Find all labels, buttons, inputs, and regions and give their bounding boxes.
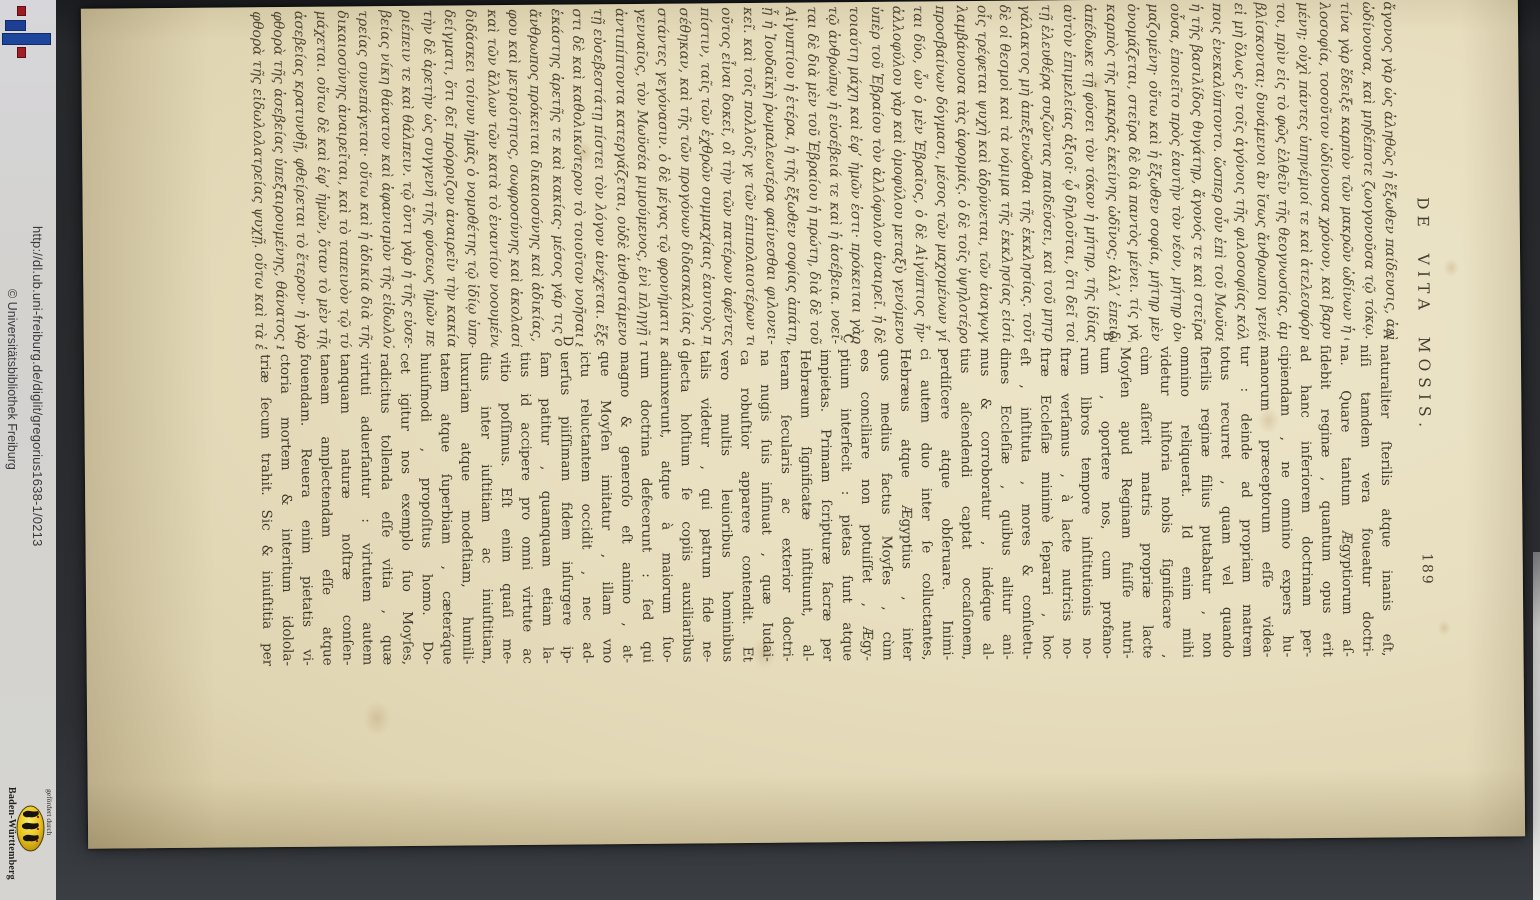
greek-text-line: σέθηκαν, καὶ τῆς τῶν προγόνων διδασκαλία… bbox=[672, 7, 696, 345]
latin-text-line: ca robuſtior apparere contendit. Et bbox=[735, 350, 758, 662]
registration-red-square-bottom bbox=[17, 47, 26, 58]
latin-text-line: vero multis leuioribus hominibus bbox=[715, 350, 738, 662]
book-page: DE VITA MOSIS. 189 ἄγονος γὰρ ὡς ἀληθῶς … bbox=[81, 0, 1525, 849]
greek-text-line: γάλακτος μὴ ἀπεξενῶσθαι τῆς ἐκκλησίας. τ… bbox=[1014, 4, 1038, 342]
greek-text-line: στάντες γεγόνασιν. ὁ δὲ μέγας τῷ φρονήμα… bbox=[651, 8, 675, 346]
greek-text-line: φου καὶ μετριότητος, σωφροσύνης καὶ ἀκολ… bbox=[501, 9, 525, 347]
greek-text-line: φθορὰ τῆς εἰδωλολατρείας ψυχῇ. οὕτω καὶ … bbox=[245, 11, 269, 349]
latin-text-line: dines Eccleſiæ , quibus alitur ani- bbox=[995, 348, 1018, 660]
greek-text-line: τὴν δὲ ἀρετὴν ὡς συγγενῆ τῆς φύσεως ἡμῶν… bbox=[416, 10, 440, 348]
greek-text-line: οῦτος εἶναι δοκεῖ, οἳ τὴν τῶν πατέρων ἀφ… bbox=[715, 7, 739, 345]
greek-text-line: αὐτὸν ἐπιμελείας ἀξιοῖ· ᾧ δηλοῦται, ὅτι … bbox=[1056, 4, 1080, 342]
greek-text-line: ἄνθρωπος πρόκειται δικαιοσύνης καὶ ἀδικί… bbox=[523, 9, 547, 347]
greek-text-line: προσβαίνων δόγμασι, μέσος τῶν μαχομένων … bbox=[928, 5, 952, 343]
latin-text-line: niſi tamdem vera foueatur doctri- bbox=[1355, 345, 1378, 657]
latin-text-column: naturaliter ſterilis atque inanis eſt,ni… bbox=[255, 344, 1398, 666]
greek-text-line: βλίσκονται; δυνάμενοι ἂν ἴσως ἄνθρωποι γ… bbox=[1248, 2, 1272, 340]
latin-text-line: ſam patitur , quamquam etiam la- bbox=[535, 352, 558, 664]
margin-letter-a: A bbox=[1380, 325, 1395, 342]
greek-text-line: ἀπέδωκε τῇ φύσει τὸν τόκον ἡ μήτηρ, τῆς … bbox=[1078, 4, 1102, 342]
latin-text-line: que Moyſen imitatur , illam vno bbox=[595, 351, 618, 663]
latin-text-line: eſt , inſtituta , mores & conſuetu- bbox=[1015, 347, 1038, 659]
greek-text-line: οἷς τρέφεται ψυχὴ καὶ ἁδρύνεται, τῶν ἀνα… bbox=[971, 5, 995, 343]
latin-text-line: magno & generoſo eſt animo , at- bbox=[615, 351, 638, 663]
latin-text-line: tum , oportere nos, cum profano- bbox=[1095, 347, 1118, 659]
greek-text-line: ἀσεβείας κρατυνθῇ, φθείρεται τὸ ἕτερον· … bbox=[288, 11, 312, 349]
greek-text-line: ὠδίνουσα, καὶ μηδέποτε ζωογονοῦσα τῷ τόκ… bbox=[1355, 1, 1379, 339]
greek-text-line: δικαιοσύνης ἀναιρεῖται, καὶ τὸ ταπεινὸν … bbox=[331, 10, 355, 348]
greek-text-line: ται δὲ διὰ μὲν τοῦ Ἑβραίου ἡ πρώτη, διὰ … bbox=[800, 6, 824, 344]
margin-letter-b: B bbox=[1100, 328, 1115, 345]
greek-text-line: ριέπειν τε καὶ θάλπειν. τῷ ὄντι γὰρ ἡ τῆ… bbox=[395, 10, 419, 348]
registration-blue-bar-short bbox=[5, 20, 26, 31]
latin-text-line: rum libros tempore inſtitutionis no- bbox=[1075, 347, 1098, 659]
funding-label: gefördert durch bbox=[44, 789, 54, 853]
latin-text-line: tur : deinde ad propriam matrem bbox=[1235, 346, 1258, 658]
latin-text-line: radicitus tollenda eſſe vitia , quæ bbox=[375, 353, 398, 665]
greek-text-line: λαμβάνουσα τὰς ἀφορμάς. ὁ δὲ τοῖς ὑψηλοτ… bbox=[950, 5, 974, 343]
greek-text-line: καὶ τῶν ἄλλων τῶν κατὰ τὸ ἐναντίον νοουμ… bbox=[480, 9, 504, 347]
greek-text-line: οὖσα, ἐποιεῖτο πρὸς ἑαυτὴν τὸν νέον, μήτ… bbox=[1163, 3, 1187, 341]
latin-text-line: na nugis ſuis inſinuat , quæ Iudai- bbox=[755, 350, 778, 662]
registration-red-square-top bbox=[17, 6, 26, 16]
latin-text-line: uerſus piiſſimam fidem inſurgere ip- bbox=[555, 351, 578, 663]
greek-text-line: τῇ εὐσεβεστάτῃ πίστει τὸν λόγον ἀνέχεται… bbox=[587, 8, 611, 346]
latin-text-line: dius inter iuſtitiam ac iniuſtitiam, bbox=[475, 352, 498, 664]
greek-text-line: ἑκάστης ἀρετῆς τε καὶ κακίας· μέσος γάρ … bbox=[544, 9, 568, 347]
greek-text-line: λοσοφία, τοσοῦτον ὠδίνουσα χρόνον, καὶ β… bbox=[1312, 2, 1336, 340]
greek-text-line: τῷ ἀνθρώπῳ ἡ εὐσέβειά τε καὶ ἡ ἀσέβεια. … bbox=[822, 6, 846, 344]
greek-text-line: μαζομένη· οὕτω καὶ ἡ ἔξωθεν σοφία, μήτηρ… bbox=[1142, 3, 1166, 341]
latin-text-line: na. Quare tantum Ægyptiorum aſ- bbox=[1335, 345, 1358, 657]
greek-text-line: ἡ τῆς βασιλίδος θυγάτηρ, ἄγονός τε καὶ σ… bbox=[1184, 3, 1208, 341]
greek-text-line: ὑπὲρ τοῦ Ἑβραίου τὸν ἀλλόφυλον ἀναιρεῖ. … bbox=[864, 6, 888, 344]
latin-text-line: adiunxerunt, atque à maiorum ſuo- bbox=[655, 351, 678, 663]
latin-text-line: impietas. Primam ſcripturæ ſacræ per bbox=[815, 349, 838, 661]
latin-text-line: tius id accipere pro omni virtute ac bbox=[515, 352, 538, 664]
greek-text-line: διδάσκει τοίνυν ἡμᾶς ὁ νομοθέτης τῷ ἰδίῳ… bbox=[459, 9, 483, 347]
latin-text-line: ci autem duo inter ſe colluctantes, bbox=[915, 348, 938, 660]
latin-text-line: manorum præceptorum eſſe videa- bbox=[1255, 345, 1278, 657]
latin-text-line: huiuſmodi , propoſitus homo. Do- bbox=[415, 353, 438, 665]
greek-text-line: ὀνομάζεται, στεῖρα δὲ διὰ παντὸς μένει. … bbox=[1120, 4, 1144, 342]
latin-text-line: virtuti aduerſantur : virtutem autem bbox=[355, 353, 378, 665]
foxing-spot bbox=[1435, 617, 1453, 639]
greek-text-line: μένη; οὐχὶ πάντες ὑπηνέμιοί τε καὶ ἀτελε… bbox=[1291, 2, 1315, 340]
greek-text-line: ᾗ ἡ Ἰουδαϊκὴ ῥωμαλεωτέρα φαίνεσθαι φιλον… bbox=[758, 7, 782, 345]
greek-text-line: ται δύο, ὧν ὁ μὲν Ἑβραῖος, ὁ δὲ Αἰγύπτιο… bbox=[907, 5, 931, 343]
greek-text-line: μάχεται. οὕτω δὲ καὶ ἐφ’ ἡμῶν, ὅταν τὸ μ… bbox=[309, 11, 333, 349]
latin-text-line: taneam amplectendam eſſe atque bbox=[315, 354, 338, 666]
latin-text-line: mus & corroboratur , indéque al- bbox=[975, 348, 998, 660]
latin-text-line: tatem atque ſuperbiam , cæteráque bbox=[435, 353, 458, 665]
greek-text-line: κεῖ. καὶ τοῖς πολλοῖς γε τῶν ἐπιπολαιοτέ… bbox=[736, 7, 760, 345]
latin-text-line: vitio poſſimus. Eſt enim quaſi me- bbox=[495, 352, 518, 664]
latin-text-line: rum doctrina defecerunt : ſed qui bbox=[635, 351, 658, 663]
scanner-bed-edge bbox=[1533, 552, 1540, 900]
latin-text-line: ſterilis reginæ filius putabatur , non bbox=[1195, 346, 1218, 658]
foxing-spot bbox=[1440, 255, 1462, 281]
greek-text-line: τοιαύτη μάχη καὶ ἐφ’ ἡμῶν ἐστι· πρόκειτα… bbox=[843, 6, 867, 344]
latin-text-line: talis videtur , qui patrum fide ne- bbox=[695, 350, 718, 662]
greek-text-line: ποις ἐνεκαλύπτοντο. ὥσπερ οὖν ἐπὶ τοῦ Μω… bbox=[1206, 3, 1230, 341]
greek-text-line: καρπὸς τῆς μακρᾶς ἐκείνης ὠδῖνος; ἀλλ’ ἐ… bbox=[1099, 4, 1123, 342]
latin-text-line: eos conciliare non potuiſſet , Ægy- bbox=[855, 349, 878, 661]
latin-text-line: luxuriam atque modeſtiam, humili- bbox=[455, 352, 478, 664]
latin-text-line: ad hanc inferiorem doctrinam per- bbox=[1295, 345, 1318, 657]
latin-text-line: totus recurret , quam vel quando bbox=[1215, 346, 1238, 658]
greek-text-line: βείας νίκη θάνατον καὶ ἀφανισμὸν τῆς εἰδ… bbox=[373, 10, 397, 348]
copyright-watermark: © Universitätsbibliothek Freiburg bbox=[3, 289, 19, 653]
latin-text-line: fouendam. Reuera enim pietatis vi- bbox=[295, 354, 318, 666]
greek-text-line: ἄγονος γὰρ ὡς ἀληθῶς ἡ ἔξωθεν παίδευσις,… bbox=[1377, 1, 1401, 339]
greek-text-line: ἀντιπίπτοντα κατεργάζεται, οὐδὲ ἀνθιστάμ… bbox=[608, 8, 632, 346]
greek-text-line: δὲ οἱ θεσμοὶ καὶ τὰ νόμιμα τῆς ἐκκλησίας… bbox=[992, 5, 1016, 343]
registration-blue-bar-long bbox=[2, 33, 51, 45]
latin-text-line: videtur hiſtoria nobis ſignificare , bbox=[1155, 346, 1178, 658]
latin-text-line: naturaliter ſterilis atque inanis eſt, bbox=[1375, 344, 1398, 656]
greek-text-line: γενναῖος, τὸν Μωϋσέα μιμούμενος, ἑνὶ πλη… bbox=[630, 8, 654, 346]
greek-text-line: δείγματι, ὅτι δεῖ πρόρριζον ἀναιρεῖν τὴν… bbox=[437, 9, 461, 347]
greek-text-line: στι δὲ καὶ καθολικώτερον τὸ τοιοῦτον νοῆ… bbox=[565, 8, 589, 346]
latin-text-line: ſtræ Eccleſiæ minimè ſeparari , hoc bbox=[1035, 347, 1058, 659]
foxing-spot bbox=[358, 694, 396, 742]
latin-text-line: quos medius factus Moyſes , cùm bbox=[875, 349, 898, 661]
greek-text-line: τῇ ἐλευθέρᾳ συζῶντας παιδεύσει, καὶ τοῦ … bbox=[1035, 4, 1059, 342]
page-number: 189 bbox=[1419, 553, 1435, 586]
latin-text-line: ctoria mortem & interitum idolola- bbox=[275, 354, 298, 666]
latin-text-line: cipiendam , ne omnino expers hu- bbox=[1275, 345, 1298, 657]
latin-text-line: Hebræum ſignificatæ inſtituunt, al- bbox=[795, 349, 818, 661]
greek-text-line: πίστιν, ταῖς τῶν ἐχθρῶν συμμαχίαις ἑαυτο… bbox=[694, 7, 718, 345]
source-url-watermark: http://dl.ub.uni-freiburg.de/diglit/greg… bbox=[27, 226, 45, 672]
latin-text-line: teram ſecularis ac exterior doctri- bbox=[775, 350, 798, 662]
latin-text-line: cet igitur nos exemplo ſuo Moyſes, bbox=[395, 353, 418, 665]
latin-text-line: cùm aſſerit matris propriæ lacte bbox=[1135, 346, 1158, 658]
page-title: DE VITA MOSIS. bbox=[1414, 197, 1434, 433]
greek-text-line: φθορὰ τῆς ἀσεβείας ὑπεξαιρουμένης, θάνατ… bbox=[267, 11, 291, 349]
greek-text-line: τοι, πρὶν εἰς τὸ φῶς ἐλθεῖν τῆς θεογνωσί… bbox=[1270, 2, 1294, 340]
greek-text-column: ἄγονος γὰρ ὡς ἀληθῶς ἡ ἔξωθεν παίδευσις,… bbox=[245, 1, 1400, 349]
latin-text-line: glecta hoſtium ſe copiis auxiliaribus bbox=[675, 350, 698, 662]
latin-text-line: Moyſen apud Reginam fuiſſe nutri- bbox=[1115, 347, 1138, 659]
latin-text-line: ptium interfecit : pietas ſunt atque bbox=[835, 349, 858, 661]
latin-text-line: Hebræus atque Ægyptius , inter bbox=[895, 349, 918, 661]
latin-text-line: tius aſcendendi captat occaſionem, bbox=[955, 348, 978, 660]
greek-text-line: τίνα γὰρ ἔδειξε καρπὸν τῶν μακρῶν ὠδίνων… bbox=[1334, 2, 1358, 340]
latin-text-line: perdiſcere atque obſeruare. Inimi- bbox=[935, 348, 958, 660]
margin-letter-d: D bbox=[560, 332, 575, 349]
greek-text-line: Αἰγυπτίου ἡ ἑτέρα, ἡ τῆς ἔξωθεν σοφίας ἀ… bbox=[779, 7, 803, 345]
baden-wuerttemberg-coat-of-arms-icon bbox=[16, 805, 45, 857]
latin-text-line: tanquam naturæ noſtræ conſen- bbox=[335, 353, 358, 665]
latin-text-line: ſidebit reginæ , quantum opus erit bbox=[1315, 345, 1338, 657]
greek-text-line: τρείας συνεπάγεται· οὕτω καὶ ἡ ἀδικία δι… bbox=[352, 10, 376, 348]
scan-margin-strip: http://dl.ub.uni-freiburg.de/diglit/greg… bbox=[0, 0, 56, 900]
margin-letter-c: C bbox=[840, 330, 855, 347]
latin-text-line: ictu reluctantem occidit , nec ad- bbox=[575, 351, 598, 663]
latin-text-line: triæ ſecum trahit. Sic & iniuſtitia per bbox=[255, 354, 278, 666]
greek-text-line: ἀλλοφύλου γὰρ καὶ ὁμοφύλου μεταξὺ γενόμε… bbox=[886, 6, 910, 344]
latin-text-line: omnino reliquerat. Id enim mihi bbox=[1175, 346, 1198, 658]
latin-text-line: ſtræ verſamus , à lacte nutricis no- bbox=[1055, 347, 1078, 659]
funding-region-label: Baden-Württemberg bbox=[3, 787, 17, 899]
greek-text-line: εἰ μὴ ὅλως ἐν τοῖς ἀγόνοις τῆς φιλοσοφία… bbox=[1227, 3, 1251, 341]
